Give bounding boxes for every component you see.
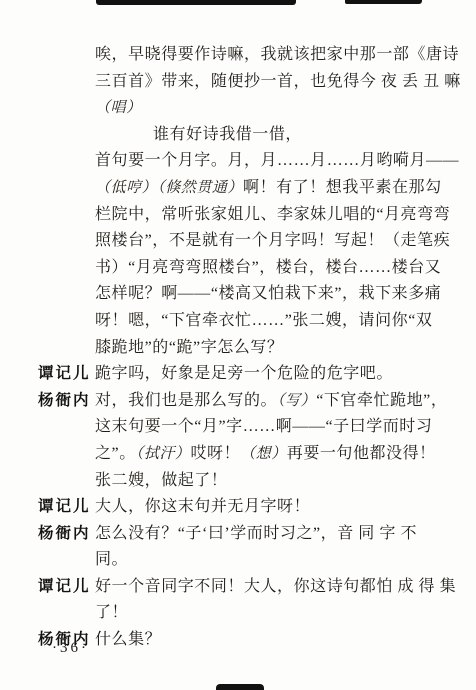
dialogue-block: 杨衙内什么集？ xyxy=(38,627,444,654)
book-page: 唉，早晓得要作诗嘛，我就该把家中那一部《唐诗三百首》带来，随便抄一首，也免得今 … xyxy=(0,0,476,690)
text-line: 呀！嗯，“下官牵衣忙……”张二嫂，请问你“双 xyxy=(95,308,444,335)
dialogue-block: 谭记儿大人，你这末句并无月字呀！ xyxy=(38,494,444,521)
text-line: 对，我们也是那么写的。（写）“下官牵忙跪地”， xyxy=(95,388,444,415)
stage-direction: （倏然贯通） xyxy=(157,180,243,196)
speaker-name xyxy=(38,42,95,69)
scan-artifact-top-right xyxy=(345,0,422,4)
text-line: 谁有好诗我借一借， xyxy=(95,122,444,149)
speaker-name: 谭记儿 xyxy=(38,574,95,601)
text-line: 唉，早晓得要作诗嘛，我就该把家中那一部《唐诗 xyxy=(95,42,444,69)
text-line: 怎么没有？“子‘曰’学而时习之”，音 同 字 不 xyxy=(95,521,444,548)
stage-direction: （拭汗） xyxy=(136,446,191,462)
dialogue-lines: 什么集？ xyxy=(95,627,444,654)
dialogue-lines: 好一个音同字不同！大人，你这诗句都怕 成 得 集了！ xyxy=(95,574,444,627)
text-line: 跪字吗，好象是足旁一个危险的危字吧。 xyxy=(95,361,444,388)
text-line: 照楼台”，不是就有一个月字吗！写起！（走笔疾 xyxy=(95,228,444,255)
dialogue-lines: 唉，早晓得要作诗嘛，我就该把家中那一部《唐诗三百首》带来，随便抄一首，也免得今 … xyxy=(95,42,444,361)
text-line: 大人，你这末句并无月字呀！ xyxy=(95,494,444,521)
stage-direction: （低哼） xyxy=(95,180,157,196)
text-line: 好一个音同字不同！大人，你这诗句都怕 成 得 集 xyxy=(95,574,444,601)
speaker-name: 谭记儿 xyxy=(38,494,95,521)
text-line: 了！ xyxy=(95,600,444,627)
text-line: 这末句要一个“月”字……啊——“子曰学而时习 xyxy=(95,414,444,441)
text-line: 膝跪地”的“跪”字怎么写？ xyxy=(95,335,444,362)
dialogue-block: 杨衙内对，我们也是那么写的。（写）“下官牵忙跪地”，这末句要一个“月”字……啊—… xyxy=(38,388,444,494)
dialogue: 唉，早晓得要作诗嘛，我就该把家中那一部《唐诗三百首》带来，随便抄一首，也免得今 … xyxy=(38,42,444,654)
speaker-name: 杨衙内 xyxy=(38,521,95,548)
dialogue-lines: 对，我们也是那么写的。（写）“下官牵忙跪地”，这末句要一个“月”字……啊——“子… xyxy=(95,388,444,494)
stage-direction: （唱） xyxy=(95,100,142,116)
page-number: ·36· xyxy=(52,640,89,657)
text-line: （低哼）（倏然贯通）啊！有了！想我平素在那勾 xyxy=(95,175,444,202)
speaker-name: 谭记儿 xyxy=(38,361,95,388)
text-line: 怎样呢？啊——“楼高又怕栽下来”，栽下来多痛 xyxy=(95,281,444,308)
dialogue-block: 杨衙内怎么没有？“子‘曰’学而时习之”，音 同 字 不同。 xyxy=(38,521,444,574)
dialogue-lines: 大人，你这末句并无月字呀！ xyxy=(95,494,444,521)
text-line: 首句要一个月字。月，月……月……月哟嗬月—— xyxy=(95,148,444,175)
text-line: 栏院中，常听张家姐儿、李家妹儿唱的“月亮弯弯 xyxy=(95,202,444,229)
text-line: 同。 xyxy=(95,547,444,574)
text-line: 什么集？ xyxy=(95,627,444,654)
stage-direction: （写） xyxy=(277,393,316,409)
scan-artifact-bottom xyxy=(216,684,264,690)
dialogue-block: 谭记儿跪字吗，好象是足旁一个危险的危字吧。 xyxy=(38,361,444,388)
speaker-name: 杨衙内 xyxy=(38,388,95,415)
dialogue-lines: 怎么没有？“子‘曰’学而时习之”，音 同 字 不同。 xyxy=(95,521,444,574)
stage-direction: （想） xyxy=(240,446,287,462)
text-line: （唱） xyxy=(95,95,444,122)
scan-artifact-top-left xyxy=(96,0,296,5)
text-line: 张二嫂，做起了！ xyxy=(95,468,444,495)
text-line: 之”。（拭汗）哎呀！（想）再要一句他都没得！ xyxy=(95,441,444,468)
text-line: 三百首》带来，随便抄一首，也免得今 夜 丢 丑 嘛 xyxy=(95,69,444,96)
text-line: 书）“月亮弯弯照楼台”，楼台，楼台……楼台又 xyxy=(95,255,444,282)
dialogue-block: 唉，早晓得要作诗嘛，我就该把家中那一部《唐诗三百首》带来，随便抄一首，也免得今 … xyxy=(38,42,444,361)
dialogue-block: 谭记儿好一个音同字不同！大人，你这诗句都怕 成 得 集了！ xyxy=(38,574,444,627)
dialogue-lines: 跪字吗，好象是足旁一个危险的危字吧。 xyxy=(95,361,444,388)
